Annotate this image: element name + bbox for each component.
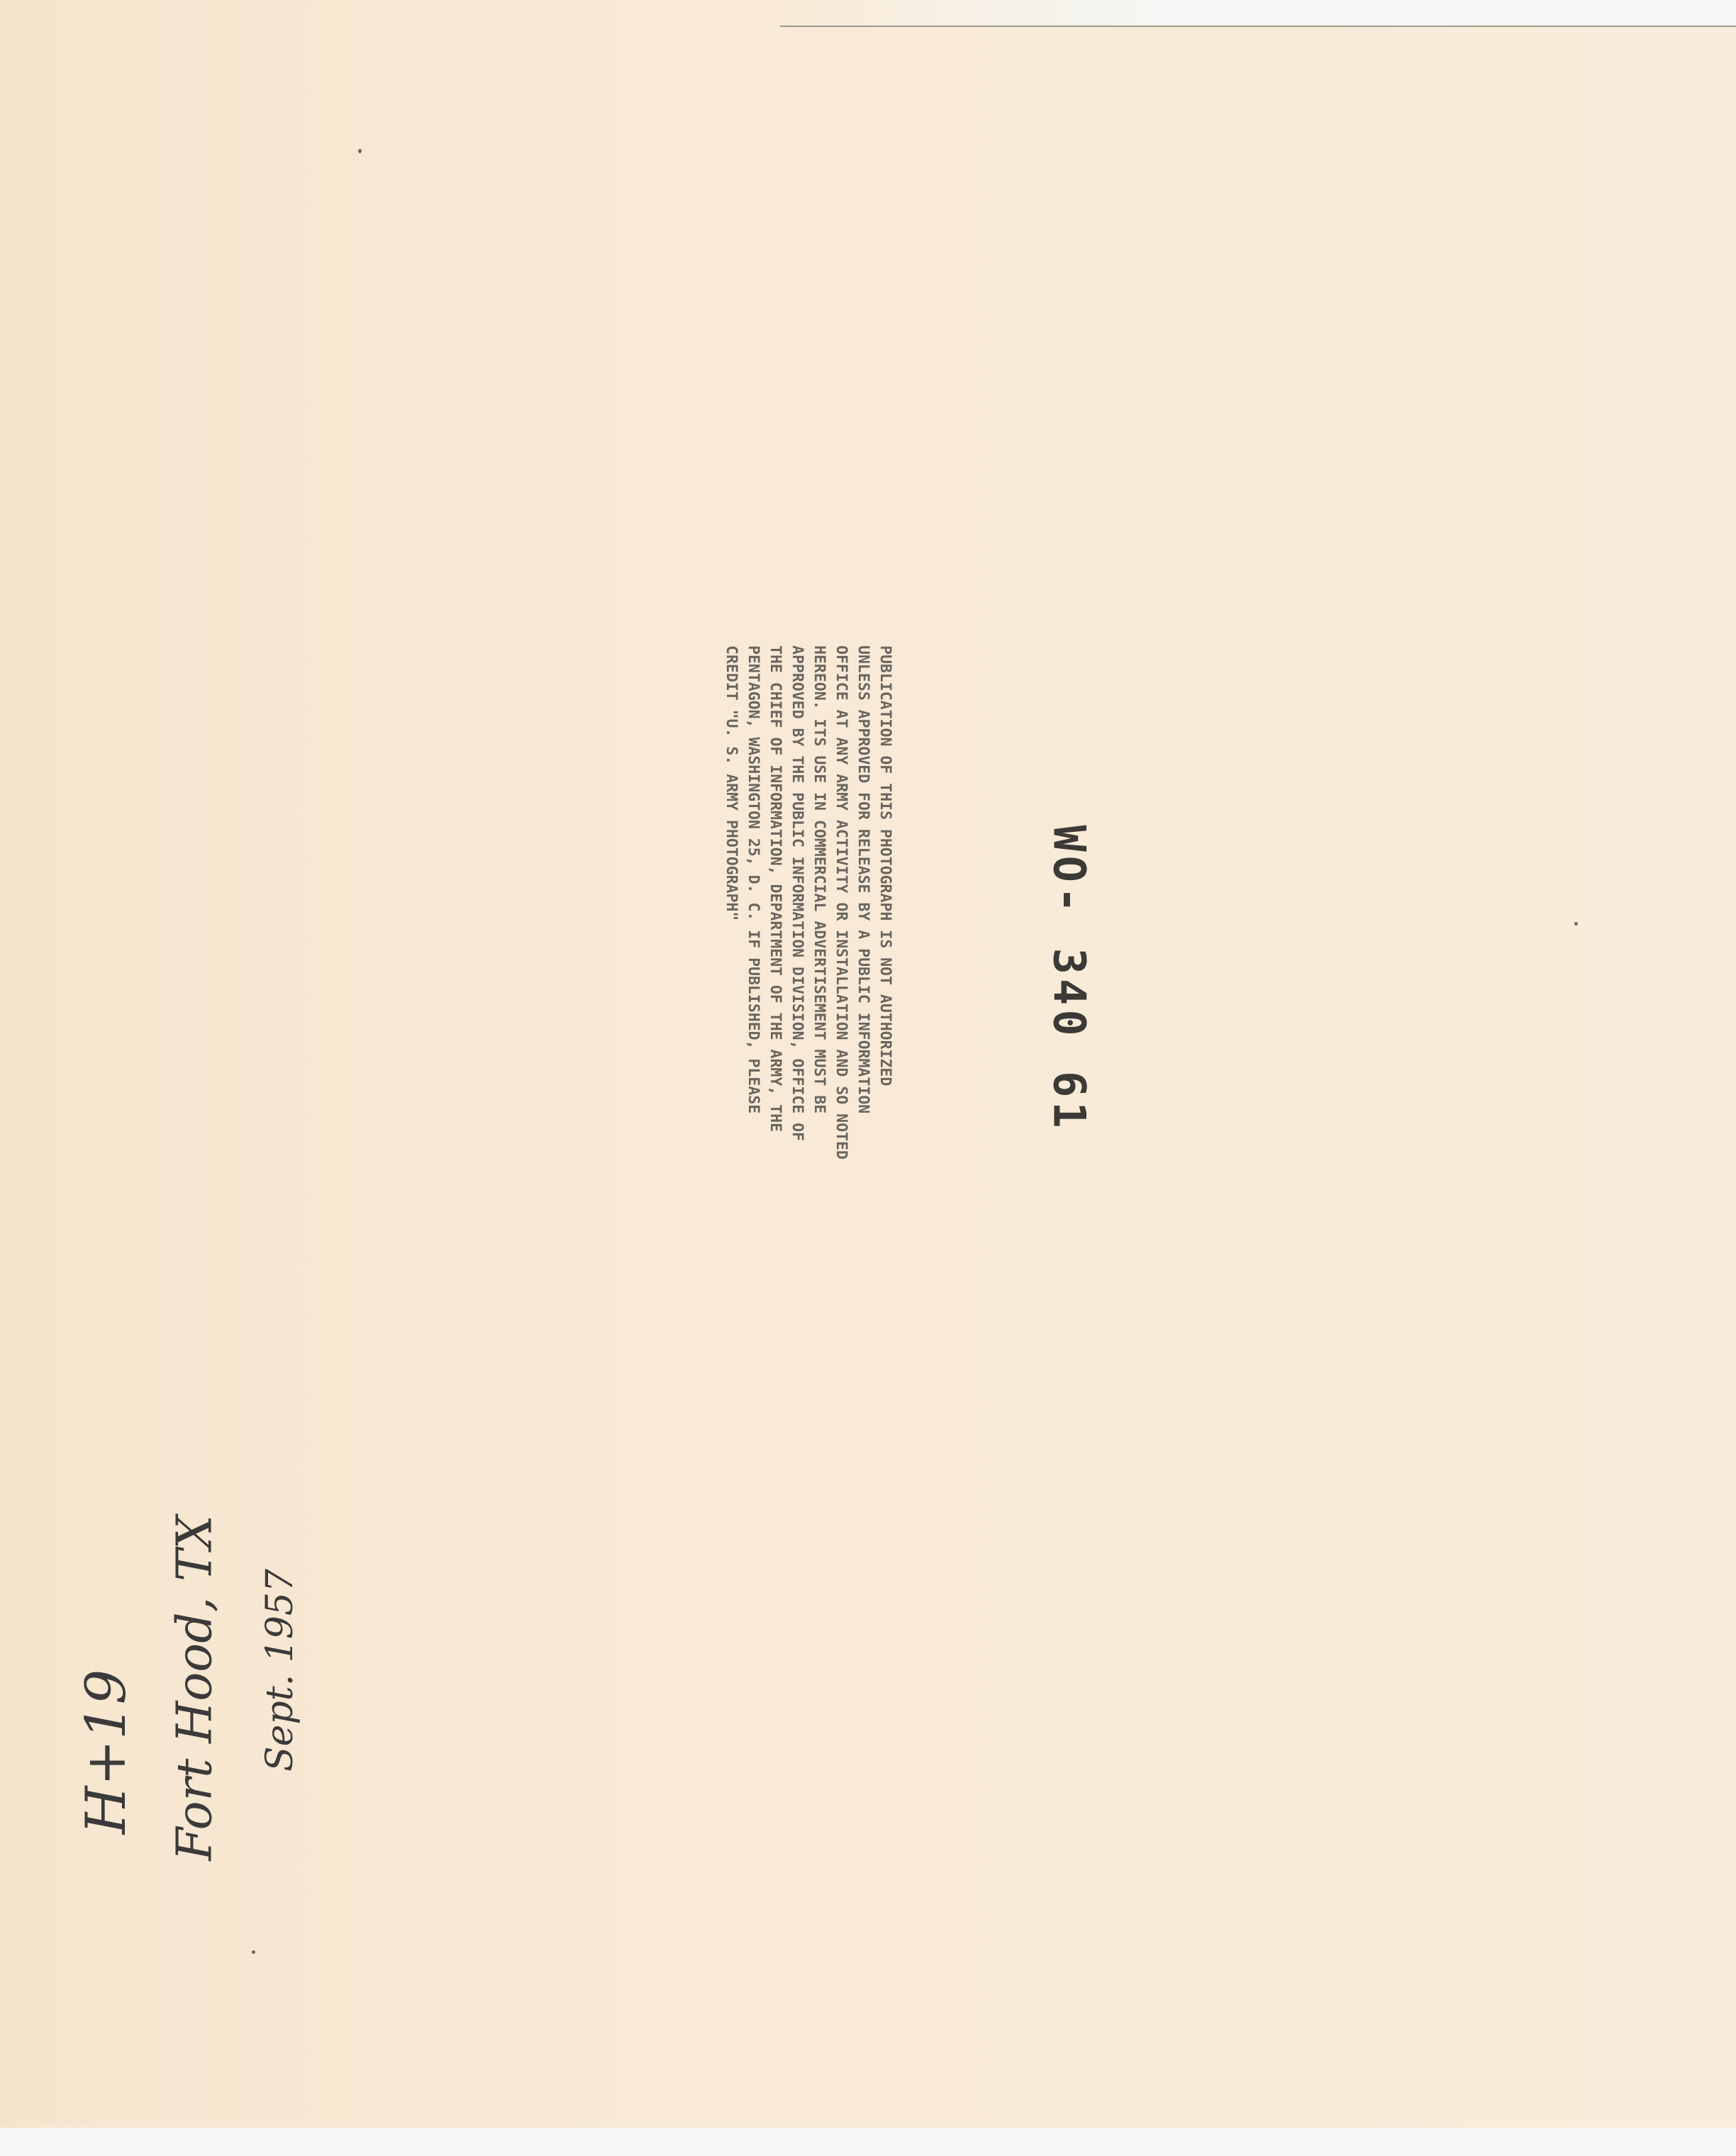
release-notice-line: PUBLICATION OF THIS PHOTOGRAPH IS NOT AU…: [874, 645, 896, 1269]
release-notice-stamp: PUBLICATION OF THIS PHOTOGRAPH IS NOT AU…: [720, 645, 896, 1269]
release-notice-line: CREDIT "U. S. ARMY PHOTOGRAPH": [720, 645, 742, 1269]
handwritten-code: H+19: [74, 1669, 138, 1835]
handwritten-location: Fort Hood, TX: [167, 1515, 223, 1861]
release-notice-line: UNLESS APPROVED FOR RELEASE BY A PUBLIC …: [852, 645, 874, 1269]
paper-speck: [358, 149, 362, 153]
paper-speck: [1574, 922, 1578, 926]
handwritten-date: Sept. 1957: [259, 1569, 301, 1772]
release-notice-line: PENTAGON, WASHINGTON 25, D. C. IF PUBLIS…: [742, 645, 764, 1269]
release-notice-line: APPROVED BY THE PUBLIC INFORMATION DIVIS…: [786, 645, 808, 1269]
paper-speck: [252, 1950, 255, 1954]
photo-number-stamp: WO- 340 61: [1044, 825, 1096, 1132]
release-notice-line: OFFICE AT ANY ARMY ACTIVITY OR INSTALLAT…: [830, 645, 852, 1269]
release-notice-line: HEREON. ITS USE IN COMMERCIAL ADVERTISEM…: [808, 645, 830, 1269]
scanner-edge: [780, 0, 1736, 27]
release-notice-line: THE CHIEF OF INFORMATION, DEPARTMENT OF …: [764, 645, 786, 1269]
